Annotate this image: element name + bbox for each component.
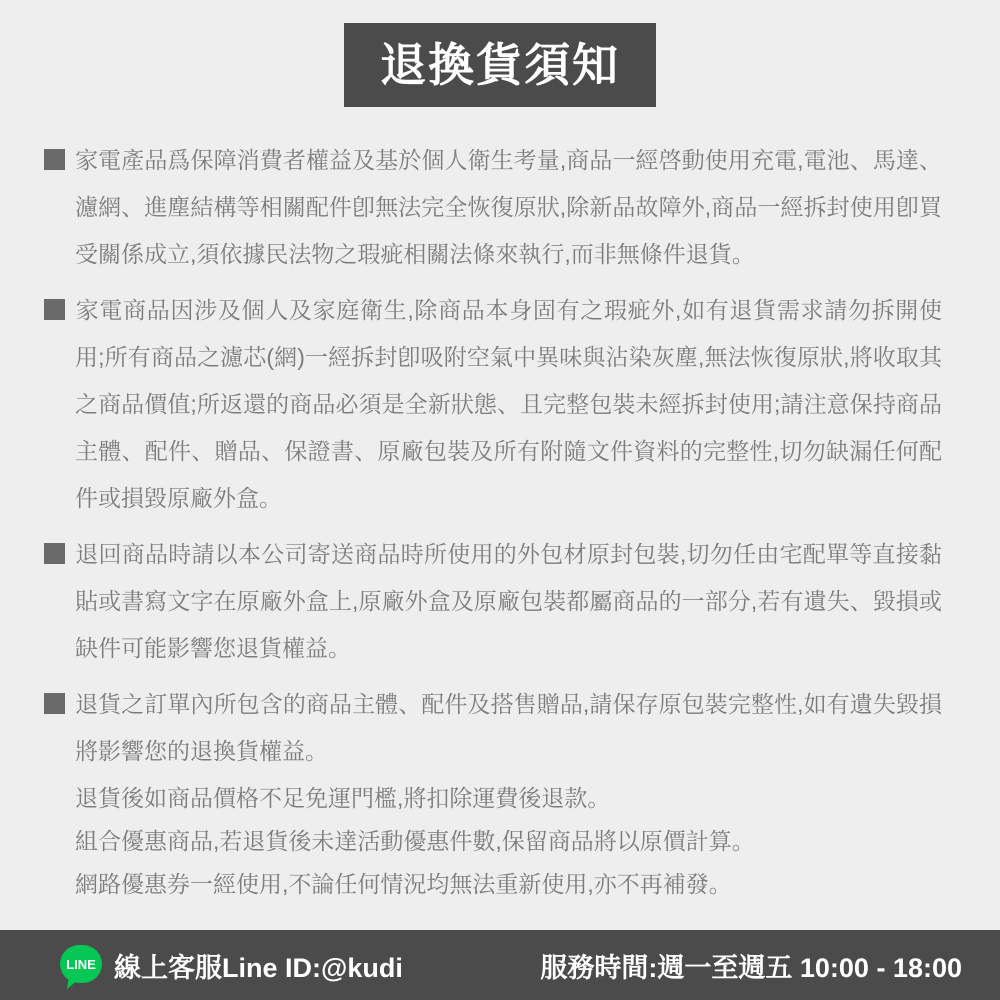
footer-customer-service: LINE 線上客服Line ID:@kudi <box>60 946 403 985</box>
notice-text: 退回商品時請以本公司寄送商品時所使用的外包材原封包裝,切勿任由宅配單等直接黏貼或… <box>75 541 942 661</box>
footer-bar: LINE 線上客服Line ID:@kudi 服務時間:週一至週五 10:00 … <box>0 930 1000 1000</box>
bullet-square-icon <box>44 299 65 320</box>
notice-text: 退貨後如商品價格不足免運門檻,將扣除運費後退款。 <box>75 785 610 811</box>
notice-item: 退貨後如商品價格不足免運門檻,將扣除運費後退款。 <box>44 777 942 820</box>
notice-text: 網路優惠券一經使用,不論任何情況均無法重新使用,亦不再補發。 <box>75 871 732 897</box>
notice-list: 家電產品爲保障消費者權益及基於個人衛生考量,商品一經啓動使用充電,電池、馬達、濾… <box>0 137 1000 906</box>
line-id-label: 線上客服Line ID:@kudi <box>114 946 403 985</box>
notice-text: 組合優惠商品,若退貨後未達活動優惠件數,保留商品將以原價計算。 <box>75 828 755 854</box>
notice-item: 組合優惠商品,若退貨後未達活動優惠件數,保留商品將以原價計算。 <box>44 820 942 863</box>
notice-item: 家電產品爲保障消費者權益及基於個人衛生考量,商品一經啓動使用充電,電池、馬達、濾… <box>44 137 942 278</box>
notice-text: 退貨之訂單內所包含的商品主體、配件及搭售贈品,請保存原包裝完整性,如有遺失毀損將… <box>75 691 942 764</box>
notice-item: 退貨之訂單內所包含的商品主體、配件及搭售贈品,請保存原包裝完整性,如有遺失毀損將… <box>44 681 942 775</box>
return-policy-notice: 退換貨須知 家電產品爲保障消費者權益及基於個人衛生考量,商品一經啓動使用充電,電… <box>0 0 1000 1000</box>
notice-text: 家電商品因涉及個人及家庭衛生,除商品本身固有之瑕疵外,如有退貨需求請勿拆開使用;… <box>75 297 942 511</box>
line-icon: LINE <box>60 945 102 983</box>
service-hours-label: 服務時間:週一至週五 10:00 - 18:00 <box>540 946 962 985</box>
bullet-square-icon <box>44 149 65 170</box>
notice-item: 家電商品因涉及個人及家庭衛生,除商品本身固有之瑕疵外,如有退貨需求請勿拆開使用;… <box>44 287 942 522</box>
page-title: 退換貨須知 <box>344 23 656 107</box>
notice-item: 網路優惠券一經使用,不論任何情況均無法重新使用,亦不再補發。 <box>44 863 942 906</box>
line-icon-label: LINE <box>66 957 96 972</box>
bullet-square-icon <box>44 543 65 564</box>
notice-text: 家電產品爲保障消費者權益及基於個人衛生考量,商品一經啓動使用充電,電池、馬達、濾… <box>75 147 942 267</box>
bullet-square-icon <box>44 693 65 714</box>
notice-item: 退回商品時請以本公司寄送商品時所使用的外包材原封包裝,切勿任由宅配單等直接黏貼或… <box>44 531 942 672</box>
